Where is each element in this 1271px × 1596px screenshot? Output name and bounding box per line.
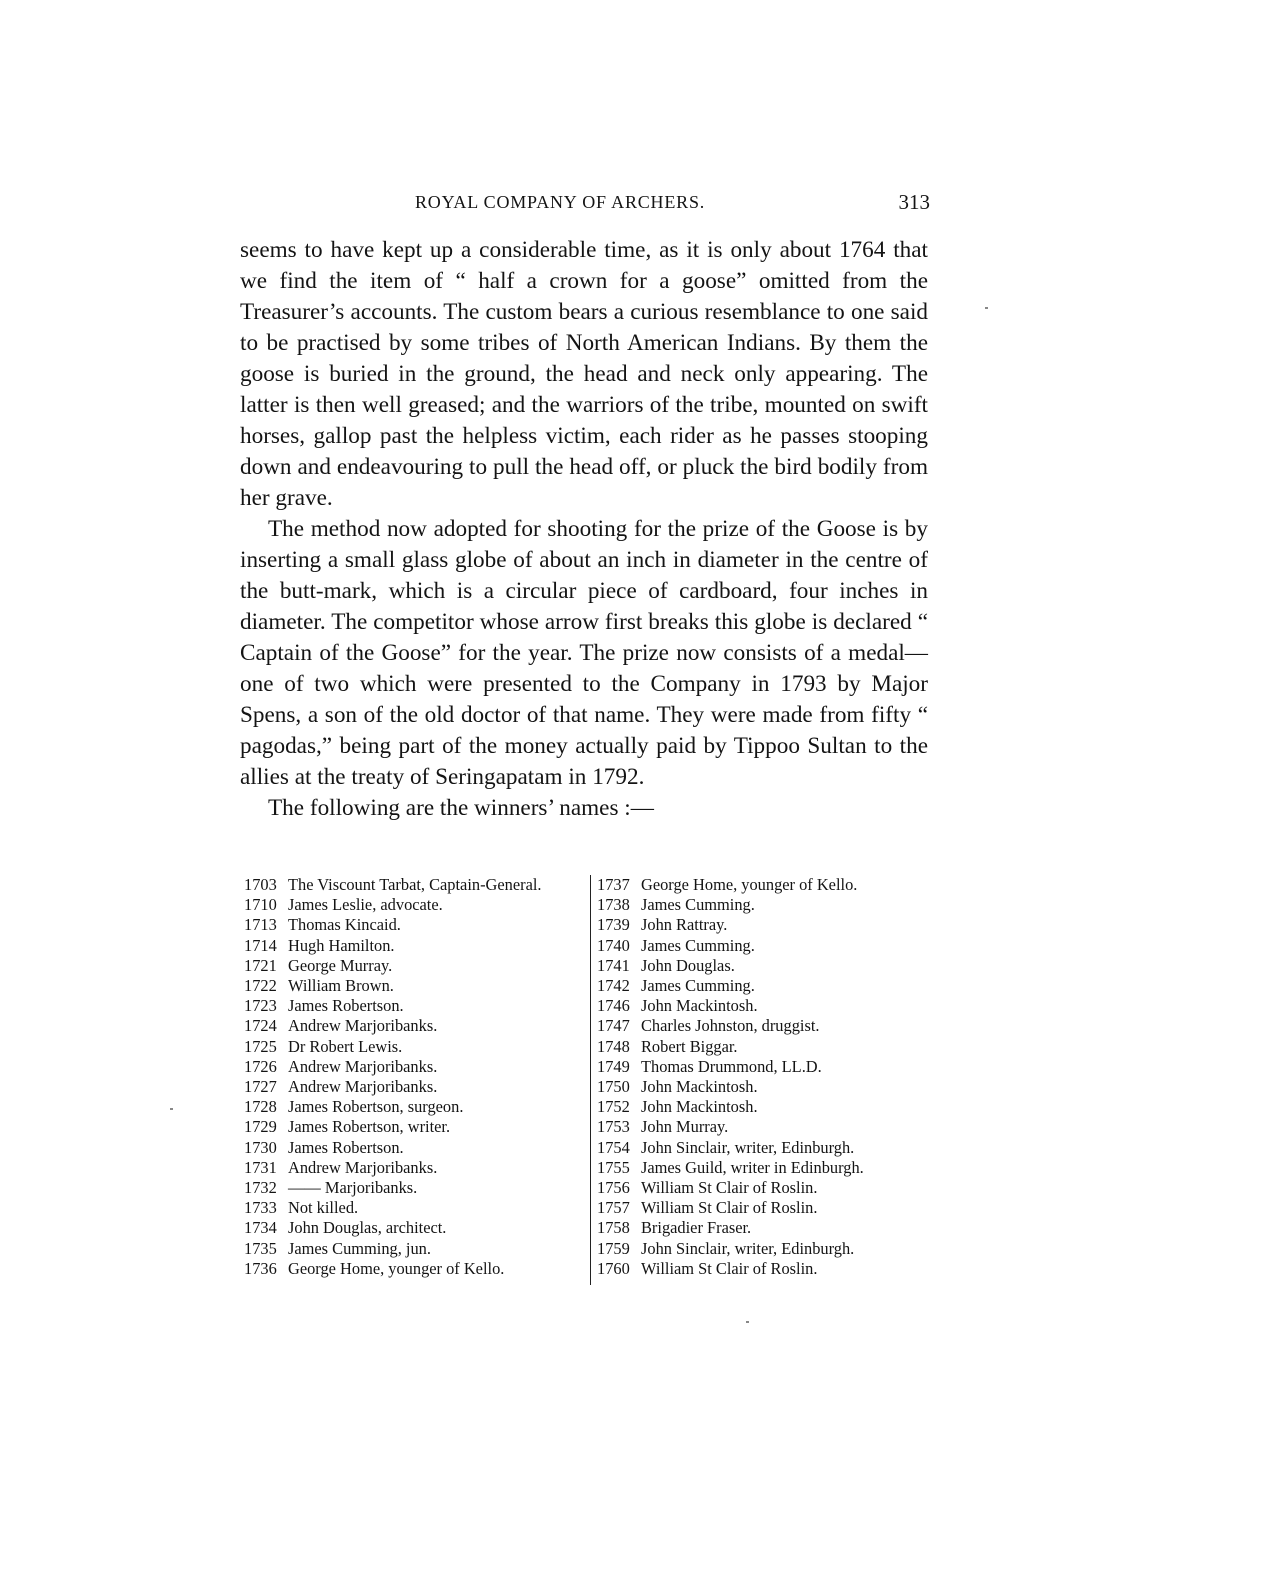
winner-entry: 1748Robert Biggar. — [597, 1037, 864, 1057]
winner-entry: 1754John Sinclair, writer, Edinburgh. — [597, 1138, 864, 1158]
winner-entry: 1757William St Clair of Roslin. — [597, 1198, 864, 1218]
winner-entry: 1726Andrew Marjoribanks. — [244, 1057, 590, 1077]
paragraph-goose-custom: seems to have kept up a considerable tim… — [240, 235, 928, 514]
winners-list: 1703The Viscount Tarbat, Captain-General… — [244, 875, 934, 1285]
winner-entry: 1714Hugh Hamilton. — [244, 936, 590, 956]
winner-entry: 1758Brigadier Fraser. — [597, 1218, 864, 1238]
winner-entry: 1759John Sinclair, writer, Edinburgh. — [597, 1239, 864, 1259]
winner-entry: 1736George Home, younger of Kello. — [244, 1259, 590, 1279]
winners-column-right: 1737George Home, younger of Kello. 1738J… — [590, 875, 864, 1285]
scan-speck — [985, 307, 988, 309]
winner-entry: 1733Not killed. — [244, 1198, 590, 1218]
winner-entry: 1727Andrew Marjoribanks. — [244, 1077, 590, 1097]
running-title: ROYAL COMPANY OF ARCHERS. — [415, 192, 705, 213]
winner-entry: 1710James Leslie, advocate. — [244, 895, 590, 915]
winner-entry: 1723James Robertson. — [244, 996, 590, 1016]
page-number: 313 — [899, 190, 931, 215]
winner-entry: 1735James Cumming, jun. — [244, 1239, 590, 1259]
running-head: ROYAL COMPANY OF ARCHERS. 313 — [240, 190, 930, 220]
winner-entry: 1760William St Clair of Roslin. — [597, 1259, 864, 1279]
winner-entry: 1752John Mackintosh. — [597, 1097, 864, 1117]
winner-entry: 1731Andrew Marjoribanks. — [244, 1158, 590, 1178]
winner-entry: 1730James Robertson. — [244, 1138, 590, 1158]
winner-entry: 1729James Robertson, writer. — [244, 1117, 590, 1137]
winner-entry: 1703The Viscount Tarbat, Captain-General… — [244, 875, 590, 895]
winner-entry: 1739John Rattray. — [597, 915, 864, 935]
scan-speck — [170, 1108, 173, 1110]
paragraph-shooting-method: The method now adopted for shooting for … — [240, 514, 928, 793]
winner-entry: 1732—— Marjoribanks. — [244, 1178, 590, 1198]
paragraph-winners-intro: The following are the winners’ names :— — [240, 793, 928, 824]
winner-entry: 1737George Home, younger of Kello. — [597, 875, 864, 895]
winner-entry: 1756William St Clair of Roslin. — [597, 1178, 864, 1198]
winner-entry: 1746John Mackintosh. — [597, 996, 864, 1016]
book-page: ROYAL COMPANY OF ARCHERS. 313 seems to h… — [0, 0, 1271, 1596]
winner-entry: 1713Thomas Kincaid. — [244, 915, 590, 935]
winner-entry: 1738James Cumming. — [597, 895, 864, 915]
winner-entry: 1724Andrew Marjoribanks. — [244, 1016, 590, 1036]
winner-entry: 1734John Douglas, architect. — [244, 1218, 590, 1238]
winners-column-left: 1703The Viscount Tarbat, Captain-General… — [244, 875, 590, 1285]
winner-entry: 1722William Brown. — [244, 976, 590, 996]
winner-entry: 1721George Murray. — [244, 956, 590, 976]
winner-entry: 1755James Guild, writer in Edinburgh. — [597, 1158, 864, 1178]
winner-entry: 1742James Cumming. — [597, 976, 864, 996]
winner-entry: 1753John Murray. — [597, 1117, 864, 1137]
winner-entry: 1725Dr Robert Lewis. — [244, 1037, 590, 1057]
scan-speck — [746, 1321, 749, 1323]
winner-entry: 1750John Mackintosh. — [597, 1077, 864, 1097]
winner-entry: 1740James Cumming. — [597, 936, 864, 956]
winner-entry: 1747Charles Johnston, druggist. — [597, 1016, 864, 1036]
body-text: seems to have kept up a considerable tim… — [240, 235, 928, 824]
winner-entry: 1741John Douglas. — [597, 956, 864, 976]
winner-entry: 1749Thomas Drummond, LL.D. — [597, 1057, 864, 1077]
winner-entry: 1728James Robertson, surgeon. — [244, 1097, 590, 1117]
